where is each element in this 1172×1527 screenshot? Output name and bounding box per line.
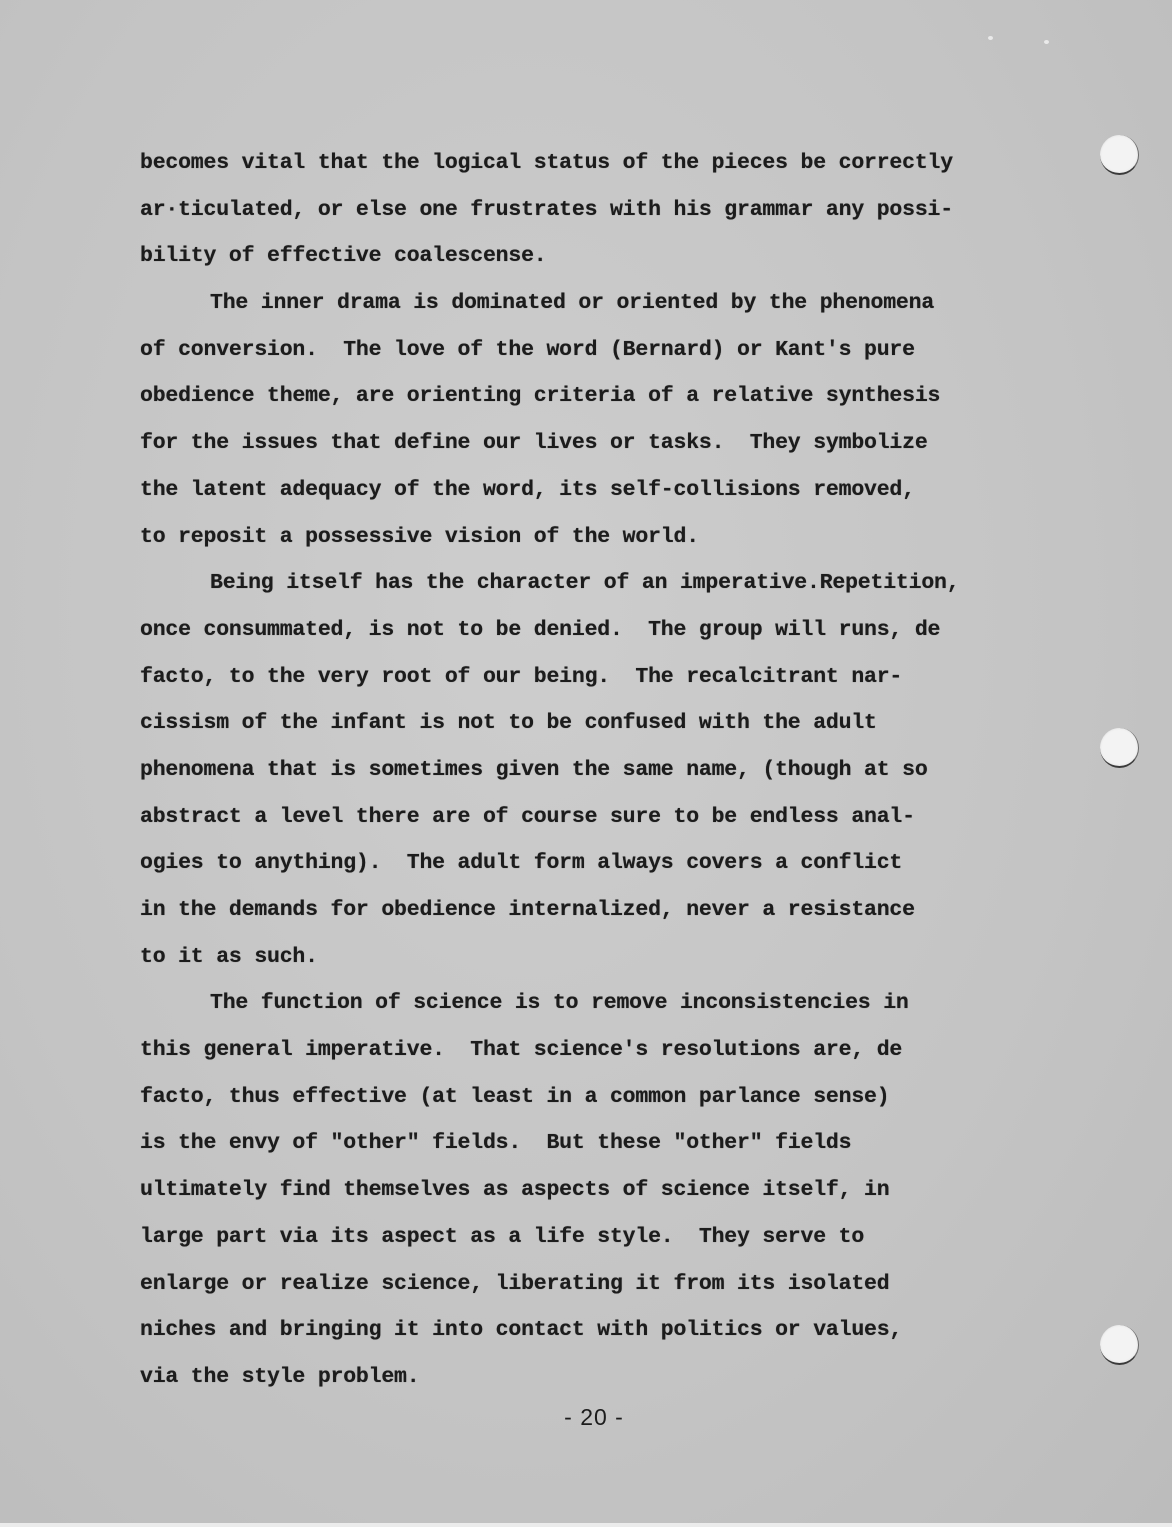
paragraph: The inner drama is dominated or oriented… [140, 280, 1040, 560]
text-line: this general imperative. That science's … [140, 1027, 1040, 1074]
paper-speck [988, 36, 993, 40]
text-line: obedience theme, are orienting criteria … [140, 373, 1040, 420]
text-line: the latent adequacy of the word, its sel… [140, 467, 1040, 514]
text-line: bility of effective coalescense. [140, 233, 1040, 280]
punch-hole-bottom [1100, 1325, 1139, 1365]
text-line: The function of science is to remove inc… [140, 980, 1040, 1027]
text-line: The inner drama is dominated or oriented… [140, 280, 1040, 327]
text-line: abstract a level there are of course sur… [140, 794, 1040, 841]
text-line: once consummated, is not to be denied. T… [140, 607, 1040, 654]
text-line: Being itself has the character of an imp… [140, 560, 1040, 607]
text-line: ultimately find themselves as aspects of… [140, 1167, 1040, 1214]
text-line: enlarge or realize science, liberating i… [140, 1261, 1040, 1308]
text-line: ar·ticulated, or else one frustrates wit… [140, 187, 1040, 234]
text-line: for the issues that define our lives or … [140, 420, 1040, 467]
text-line: becomes vital that the logical status of… [140, 140, 1040, 187]
text-line: large part via its aspect as a life styl… [140, 1214, 1040, 1261]
text-line: facto, thus effective (at least in a com… [140, 1074, 1040, 1121]
paragraph: Being itself has the character of an imp… [140, 560, 1040, 980]
body-text: becomes vital that the logical status of… [140, 140, 1040, 1401]
text-line: in the demands for obedience internalize… [140, 887, 1040, 934]
text-line: is the envy of "other" fields. But these… [140, 1120, 1040, 1167]
paragraph: The function of science is to remove inc… [140, 980, 1040, 1400]
scan-edge [0, 1523, 1172, 1527]
text-line: to reposit a possessive vision of the wo… [140, 514, 1040, 561]
text-line: via the style problem. [140, 1354, 1040, 1401]
text-line: cissism of the infant is not to be confu… [140, 700, 1040, 747]
paragraph: becomes vital that the logical status of… [140, 140, 1040, 280]
text-line: facto, to the very root of our being. Th… [140, 654, 1040, 701]
text-line: phenomena that is sometimes given the sa… [140, 747, 1040, 794]
punch-hole-middle [1100, 728, 1139, 768]
page-number: - 20 - [0, 1404, 1172, 1431]
text-line: of conversion. The love of the word (Ber… [140, 327, 1040, 374]
punch-hole-top [1100, 135, 1139, 175]
typewritten-page: becomes vital that the logical status of… [0, 0, 1172, 1523]
paper-speck [1044, 40, 1049, 44]
text-line: to it as such. [140, 934, 1040, 981]
text-line: ogies to anything). The adult form alway… [140, 840, 1040, 887]
text-line: niches and bringing it into contact with… [140, 1307, 1040, 1354]
